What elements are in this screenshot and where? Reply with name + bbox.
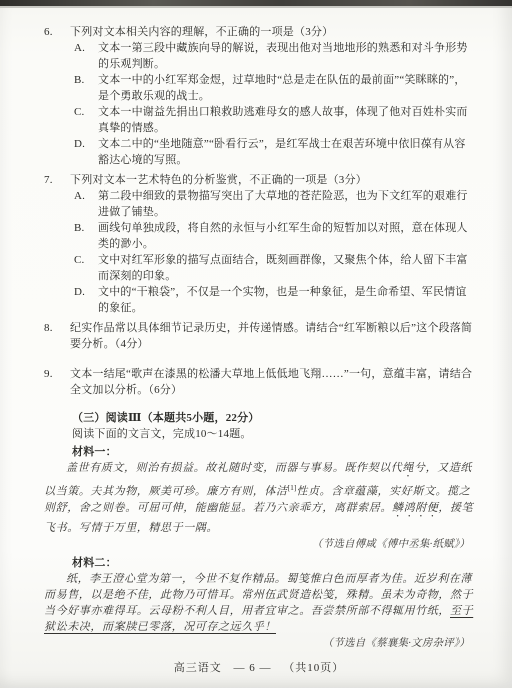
- exam-page: 6. 下列对文本相关内容的理解，不正确的一项是（3分） A. 文本一第三段中藏族…: [0, 0, 512, 688]
- option-label: C.: [74, 104, 98, 136]
- question-8-number: 8.: [44, 320, 70, 352]
- option-text: 文本一第三段中藏族向导的解说，表现出他对当地地形的熟悉和对斗争形势的乐观判断。: [98, 40, 474, 72]
- question-9-stem: 文本一结尾“歌声在漆黑的松潘大草地上低低地飞翔……”一句，意蕴丰富，请结合全文加…: [70, 366, 474, 398]
- option-text: 文本二中的“坐地随意”“卧看行云”，是红军战士在艰苦环境中依旧葆有从容豁达心境的…: [98, 136, 474, 168]
- question-8-stem: 纪实作品常以具体细节记录历史，并传递情感。请结合“红军断粮以后”这个段落简要分析…: [70, 320, 474, 352]
- question-6-stem: 下列对文本相关内容的理解，不正确的一项是（3分）: [70, 24, 474, 40]
- question-7-option-d: D. 文中的“干粮袋”，不仅是一个实物，也是一种象征，是生命希望、军民情谊的象征…: [74, 284, 474, 316]
- question-6-head: 6. 下列对文本相关内容的理解，不正确的一项是（3分）: [44, 24, 474, 40]
- option-label: D.: [74, 284, 98, 316]
- question-6: 6. 下列对文本相关内容的理解，不正确的一项是（3分） A. 文本一第三段中藏族…: [44, 24, 474, 168]
- exam-content: 6. 下列对文本相关内容的理解，不正确的一项是（3分） A. 文本一第三段中藏族…: [0, 8, 512, 676]
- option-text: 文中对红军形象的描写点面结合，既刻画群像，又聚焦个体，给人留下丰富而深刻的印象。: [98, 252, 474, 284]
- question-9-number: 9.: [44, 366, 70, 398]
- question-7: 7. 下列对文本一艺术特色的分析鉴赏，不正确的一项是（3分） A. 第二段中细致…: [44, 172, 474, 316]
- question-9: 9. 文本一结尾“歌声在漆黑的松潘大草地上低低地飞翔……”一句，意蕴丰富，请结合…: [44, 366, 474, 398]
- page-footer: 高三语文 — 6 — （共10页）: [44, 660, 474, 676]
- material-2-source: （节选自《蔡襄集·文房杂评》）: [44, 636, 470, 652]
- option-label: D.: [74, 136, 98, 168]
- question-7-option-c: C. 文中对红军形象的描写点面结合，既刻画群像，又聚焦个体，给人留下丰富而深刻的…: [74, 252, 474, 284]
- footer-course: 高三语文: [174, 662, 222, 674]
- question-9-head: 9. 文本一结尾“歌声在漆黑的松潘大草地上低低地飞翔……”一句，意蕴丰富，请结合…: [44, 366, 474, 398]
- material-1-label: 材料一：: [72, 444, 474, 460]
- question-6-number: 6.: [44, 24, 70, 40]
- question-8: 8. 纪实作品常以具体细节记录历史，并传递情感。请结合“红军断粮以后”这个段落简…: [44, 320, 474, 352]
- option-text: 文本一中谢益先捐出口粮救助逃难母女的感人故事，体现了他对百姓朴实而真挚的情感。: [98, 104, 474, 136]
- material-1-source: （节选自傅咸《傅中丞集·纸赋》）: [44, 537, 470, 553]
- option-label: A.: [74, 40, 98, 72]
- material-2-label: 材料二：: [72, 555, 474, 571]
- option-label: C.: [74, 252, 98, 284]
- option-text: 第二段中细致的景物描写突出了大草地的苍茫险恶，也为下文红军的艰难行进做了铺垫。: [98, 188, 474, 220]
- question-6-option-b: B. 文本一中的小红军郑金煜，过草地时“总是走在队伍的最前面”“笑眯眯的”，是个…: [74, 72, 474, 104]
- option-label: B.: [74, 72, 98, 104]
- option-text: 文本一中的小红军郑金煜，过草地时“总是走在队伍的最前面”“笑眯眯的”，是个勇敢乐…: [98, 72, 474, 104]
- question-7-number: 7.: [44, 172, 70, 188]
- option-text: 文中的“干粮袋”，不仅是一个实物，也是一种象征，是生命希望、军民情谊的象征。: [98, 284, 474, 316]
- material-2-text: 纸，李王澄心堂为第一，今世不复作精品。蜀笺惟白色而厚者为佳。近岁利在薄而易售，以…: [44, 571, 474, 635]
- option-label: B.: [74, 220, 98, 252]
- question-8-head: 8. 纪实作品常以具体细节记录历史，并传递情感。请结合“红军断粮以后”这个段落简…: [44, 320, 474, 352]
- footer-total-pages: （共10页）: [283, 662, 344, 674]
- question-7-stem: 下列对文本一艺术特色的分析鉴赏，不正确的一项是（3分）: [70, 172, 474, 188]
- question-7-option-a: A. 第二段中细致的景物描写突出了大草地的苍茫险恶，也为下文红军的艰难行进做了铺…: [74, 188, 474, 220]
- question-7-option-b: B. 画线句单独成段，将自然的永恒与小红军生命的短暂加以对照，意在体现人类的渺小…: [74, 220, 474, 252]
- question-6-option-a: A. 文本一第三段中藏族向导的解说，表现出他对当地地形的熟悉和对斗争形势的乐观判…: [74, 40, 474, 72]
- question-6-option-d: D. 文本二中的“坐地随意”“卧看行云”，是红军战士在艰苦环境中依旧葆有从容豁达…: [74, 136, 474, 168]
- section-heading: （三）阅读Ⅲ（本题共5小题，22分）: [72, 410, 474, 426]
- question-6-option-c: C. 文本一中谢益先捐出口粮救助逃难母女的感人故事，体现了他对百姓朴实而真挚的情…: [74, 104, 474, 136]
- reading-instruction: 阅读下面的文言文，完成10～14题。: [72, 426, 474, 442]
- option-text: 画线句单独成段，将自然的永恒与小红军生命的短暂加以对照，意在体现人类的渺小。: [98, 220, 474, 252]
- question-7-head: 7. 下列对文本一艺术特色的分析鉴赏，不正确的一项是（3分）: [44, 172, 474, 188]
- material-1-text: 盖世有质文，则治有损益。故礼随时变，而器与事易。既作契以代绳兮，又造纸以当策。夫…: [44, 460, 474, 536]
- option-label: A.: [74, 188, 98, 220]
- footer-page-number: — 6 —: [234, 662, 272, 674]
